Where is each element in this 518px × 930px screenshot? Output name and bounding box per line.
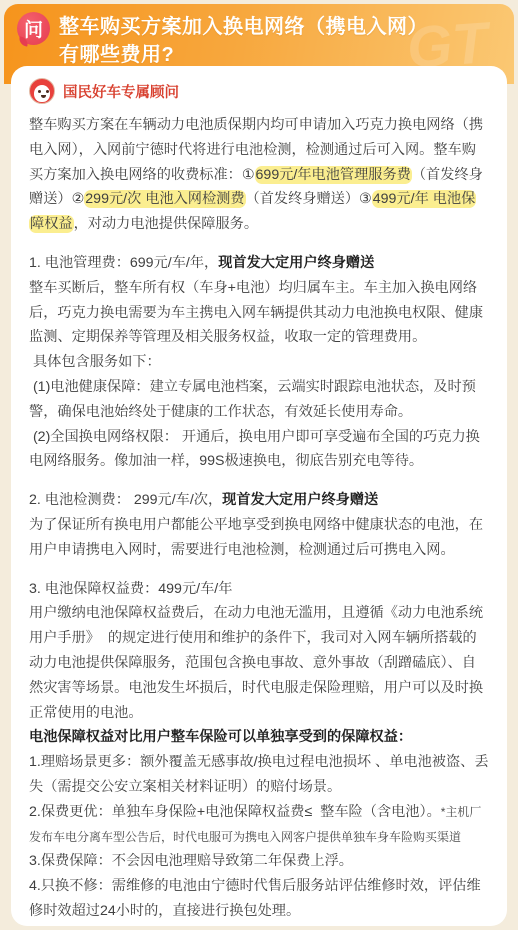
paragraph: 具体包含服务如下：	[29, 350, 489, 375]
highlighted-text: 299元/次 电池入网检测费	[84, 190, 245, 208]
paragraph: 整车买断后，整车所有权（车身+电池）均归属车主。车主加入换电网络后，巧克力换电需…	[29, 276, 489, 350]
paragraph: 为了保证所有换电用户都能公平地享受到换电网络中健康状态的电池，在用户申请携电入网…	[29, 513, 489, 563]
text-segment: 3. 电池保障权益费：499元/车/年	[29, 581, 232, 597]
benefit-item: 1.理赔场景更多：额外覆盖无感事故/换电过程电池损坏 、单电池被盗、丢失（需提交…	[29, 750, 489, 800]
advisor-name: 国民好车专属顾问	[63, 81, 179, 102]
answer-card: 国民好车专属顾问 整车购买方案在车辆动力电池质保期内均可申请加入巧克力换电网络（…	[11, 66, 507, 926]
question-title-line1: 整车购买方案加入换电网络（携电入网）	[59, 13, 428, 41]
section-heading-inspection-fee: 2. 电池检测费： 299元/车/次，现首发大定用户终身赠送	[29, 488, 489, 513]
paragraph: (1)电池健康保障：建立专属电池档案，云端实时跟踪电池状态，及时预警，确保电池始…	[29, 375, 489, 425]
text-segment: ，对动力电池提供保障服务。	[74, 216, 258, 232]
highlighted-text: 699元/年电池管理服务费	[255, 166, 412, 184]
text-segment: 3.保费保障：不会因电池理赔导致第二年保费上浮。	[29, 853, 353, 869]
paragraph: 用户缴纳电池保障权益费后，在动力电池无滥用，且遵循《动力电池系统用户手册》 的规…	[29, 601, 489, 725]
text-segment: 为了保证所有换电用户都能公平地享受到换电网络中健康状态的电池，在用户申请携电入网…	[29, 517, 483, 558]
section-heading-protection-fee: 3. 电池保障权益费：499元/车/年	[29, 577, 489, 602]
answer-content: 整车购买方案在车辆动力电池质保期内均可申请加入巧克力换电网络（携电入网），入网前…	[29, 113, 489, 924]
text-segment: (2)全国换电网络权限： 开通后，换电用户即可享受遍布全国的巧克力换电网络服务。…	[29, 429, 480, 470]
advisor-row: 国民好车专属顾问	[29, 78, 489, 104]
text-segment: (1)电池健康保障：建立专属电池档案，云端实时跟踪电池状态，及时预警，确保电池始…	[29, 379, 476, 420]
benefit-item: 3.保费保障：不会因电池理赔导致第二年保费上浮。	[29, 849, 489, 874]
faq-widget: 问 整车购买方案加入换电网络（携电入网） 有哪些费用? GT 国民好车专属顾问 …	[0, 0, 518, 926]
paragraph: (2)全国换电网络权限： 开通后，换电用户即可享受遍布全国的巧克力换电网络服务。…	[29, 425, 489, 475]
benefits-heading: 电池保障权益对比用户整车保险可以单独享受到的保障权益：	[29, 725, 489, 750]
text-segment: 用户缴纳电池保障权益费后，在动力电池无滥用，且遵循《动力电池系统用户手册》 的规…	[29, 605, 483, 720]
bold-text: 现首发大定用户终身赠送	[218, 255, 374, 271]
benefit-item: 2.保费更优：单独车身保险+电池保障权益费≤ 整车险（含电池）。*主机厂发布车电…	[29, 800, 489, 850]
text-segment: 2. 电池检测费： 299元/车/次，	[29, 492, 222, 508]
advisor-avatar-icon	[29, 78, 55, 104]
question-badge-label: 问	[24, 15, 43, 42]
text-segment: 具体包含服务如下：	[29, 354, 161, 370]
question-badge: 问	[17, 12, 50, 45]
text-segment: 1.理赔场景更多：额外覆盖无感事故/换电过程电池损坏 、单电池被盗、丢失（需提交…	[29, 754, 489, 795]
intro-paragraph: 整车购买方案在车辆动力电池质保期内均可申请加入巧克力换电网络（携电入网），入网前…	[29, 113, 489, 237]
bold-text: 电池保障权益对比用户整车保险可以单独享受到的保障权益：	[29, 729, 412, 745]
text-segment: 整车买断后，整车所有权（车身+电池）均归属车主。车主加入换电网络后，巧克力换电需…	[29, 280, 483, 346]
section-heading-management-fee: 1. 电池管理费：699元/车/年，现首发大定用户终身赠送	[29, 251, 489, 276]
question-title-line2: 有哪些费用?	[59, 41, 428, 69]
text-segment: 4.只换不修：需维修的电池由宁德时代售后服务站评估维修时效，评估维修时效超过24…	[29, 878, 481, 919]
text-segment: 2.保费更优：单独车身保险+电池保障权益费≤ 整车险（含电池）。	[29, 804, 441, 820]
text-segment: （首发终身赠送）③	[246, 191, 372, 207]
text-segment: 1. 电池管理费：699元/车/年，	[29, 255, 218, 271]
bold-text: 现首发大定用户终身赠送	[222, 492, 378, 508]
page: { "page": { "background": "#F4ECDC" }, "…	[0, 0, 518, 930]
benefit-item: 4.只换不修：需维修的电池由宁德时代售后服务站评估维修时效，评估维修时效超过24…	[29, 874, 489, 924]
mascot-face-icon	[34, 85, 50, 102]
question-title: 整车购买方案加入换电网络（携电入网） 有哪些费用?	[59, 13, 428, 69]
